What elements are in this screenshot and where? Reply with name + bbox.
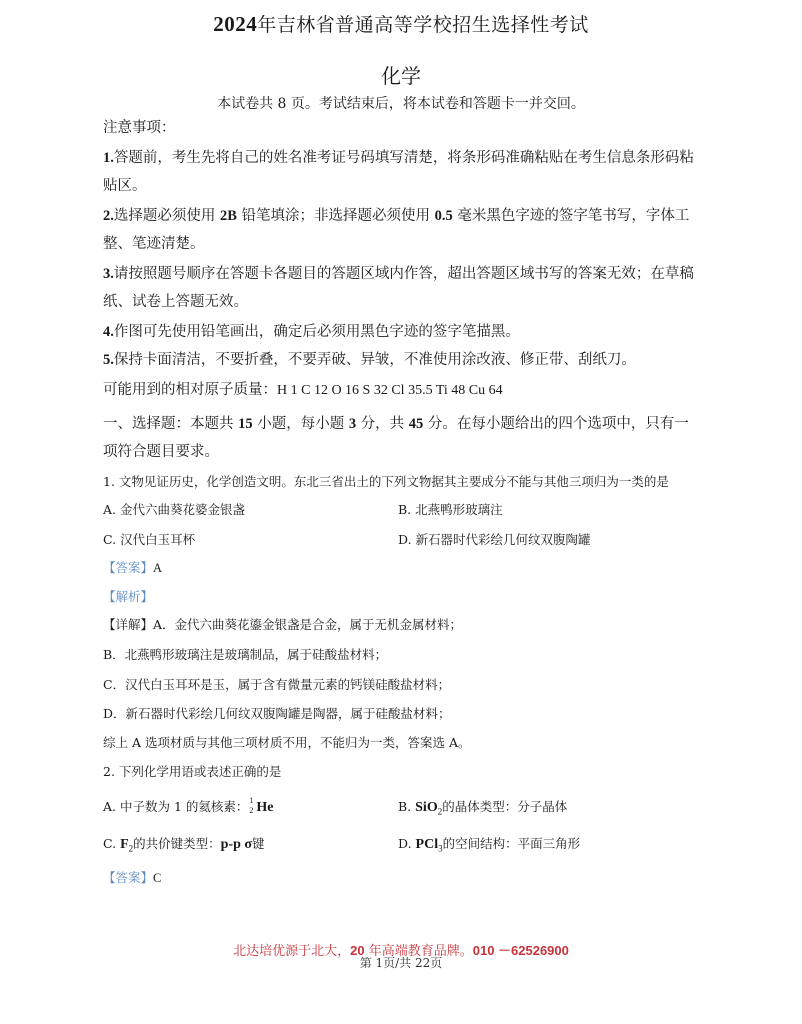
question-1-option-c: C. 汉代白玉耳杯 [103,530,195,548]
note-item-5: 5.保持卡面清洁，不要折叠，不要弄破、异皱，不准使用涂改液、修正带、刮纸刀。 [103,348,636,369]
page-number: 第 1页/共 22页 [0,954,802,971]
question-2-option-b: B. SiO2的晶体类型：分子晶体 [398,797,567,817]
question-1-detail-d: D．新石器时代彩绘几何纹双腹陶罐是陶器，属于硅酸盐材料； [103,704,451,722]
note-item-3: 3.请按照题号顺序在答题卡各题目的答题区域内作答，超出答题区域书写的答案无效；在… [103,262,694,283]
question-2-answer: 【答案】C [103,868,161,886]
nuclide-notation: 12 [248,801,256,815]
question-1-option-d: D. 新石器时代彩绘几何纹双腹陶罐 [398,530,591,548]
question-2-option-d: D. PCl3的空间结构：平面三角形 [398,834,580,854]
section-1-heading-cont: 项符合题目要求。 [103,440,219,461]
question-1-option-a: A. 金代六曲葵花婆金银盏 [103,500,245,518]
exam-title: 2024年吉林省普通高等学校招生选择性考试 [0,10,802,37]
answer-tag: 【答案】 [103,870,153,885]
note-item-3-cont: 纸、试卷上答题无效。 [103,290,248,311]
question-1-answer: 【答案】A [103,558,162,576]
subject-title: 化学 [0,60,802,89]
question-2-option-a: A. 中子数为 1 的氦核素：12He [103,797,273,816]
question-1-conclusion: 综上 A 选项材质与其他三项材质不用，不能归为一类，答案选 A。 [103,733,470,751]
note-item-4: 4.作图可先使用铅笔画出，确定后必须用黑色字迹的签字笔描黑。 [103,320,520,341]
note-item-2: 2.选择题必须使用 2B 铅笔填涂；非选择题必须使用 0.5 毫米黑色字迹的签字… [103,204,689,225]
question-2-stem: 2. 下列化学用语或表述正确的是 [103,762,281,780]
atomic-masses: 可能用到的相对原子质量：H 1 C 12 O 16 S 32 Cl 35.5 T… [103,378,503,399]
note-item-2-cont: 整、笔迹清楚。 [103,232,205,253]
question-1-analysis-tag: 【解析】 [103,587,153,605]
question-1-option-b: B. 北燕鸭形玻璃注 [398,500,503,518]
question-1-detail-a: 【详解】A．金代六曲葵花鎏金银盏是合金，属于无机金属材料； [103,615,462,633]
question-1-detail-c: C．汉代白玉耳环是玉，属于含有微量元素的钙镁硅酸盐材料； [103,675,450,693]
exam-intro: 本试卷共 8 页。考试结束后，将本试卷和答题卡一并交回。 [0,93,802,113]
note-item-1-cont: 贴区。 [103,174,147,195]
answer-tag: 【答案】 [103,560,153,575]
note-item-1: 1.答题前，考生先将自己的姓名准考证号码填写清楚，将条形码准确粘贴在考生信息条形… [103,146,694,167]
question-2-option-c: C. F2的共价键类型：p-p σ键 [103,834,265,854]
notes-heading: 注意事项： [103,116,176,137]
question-1-detail-b: B．北燕鸭形玻璃注是玻璃制品，属于硅酸盐材料； [103,645,387,663]
section-1-heading: 一、选择题：本题共 15 小题，每小题 3 分，共 45 分。在每小题给出的四个… [103,412,689,433]
question-1-stem: 1. 文物见证历史，化学创造文明。东北三省出土的下列文物据其主要成分不能与其他三… [103,472,669,490]
